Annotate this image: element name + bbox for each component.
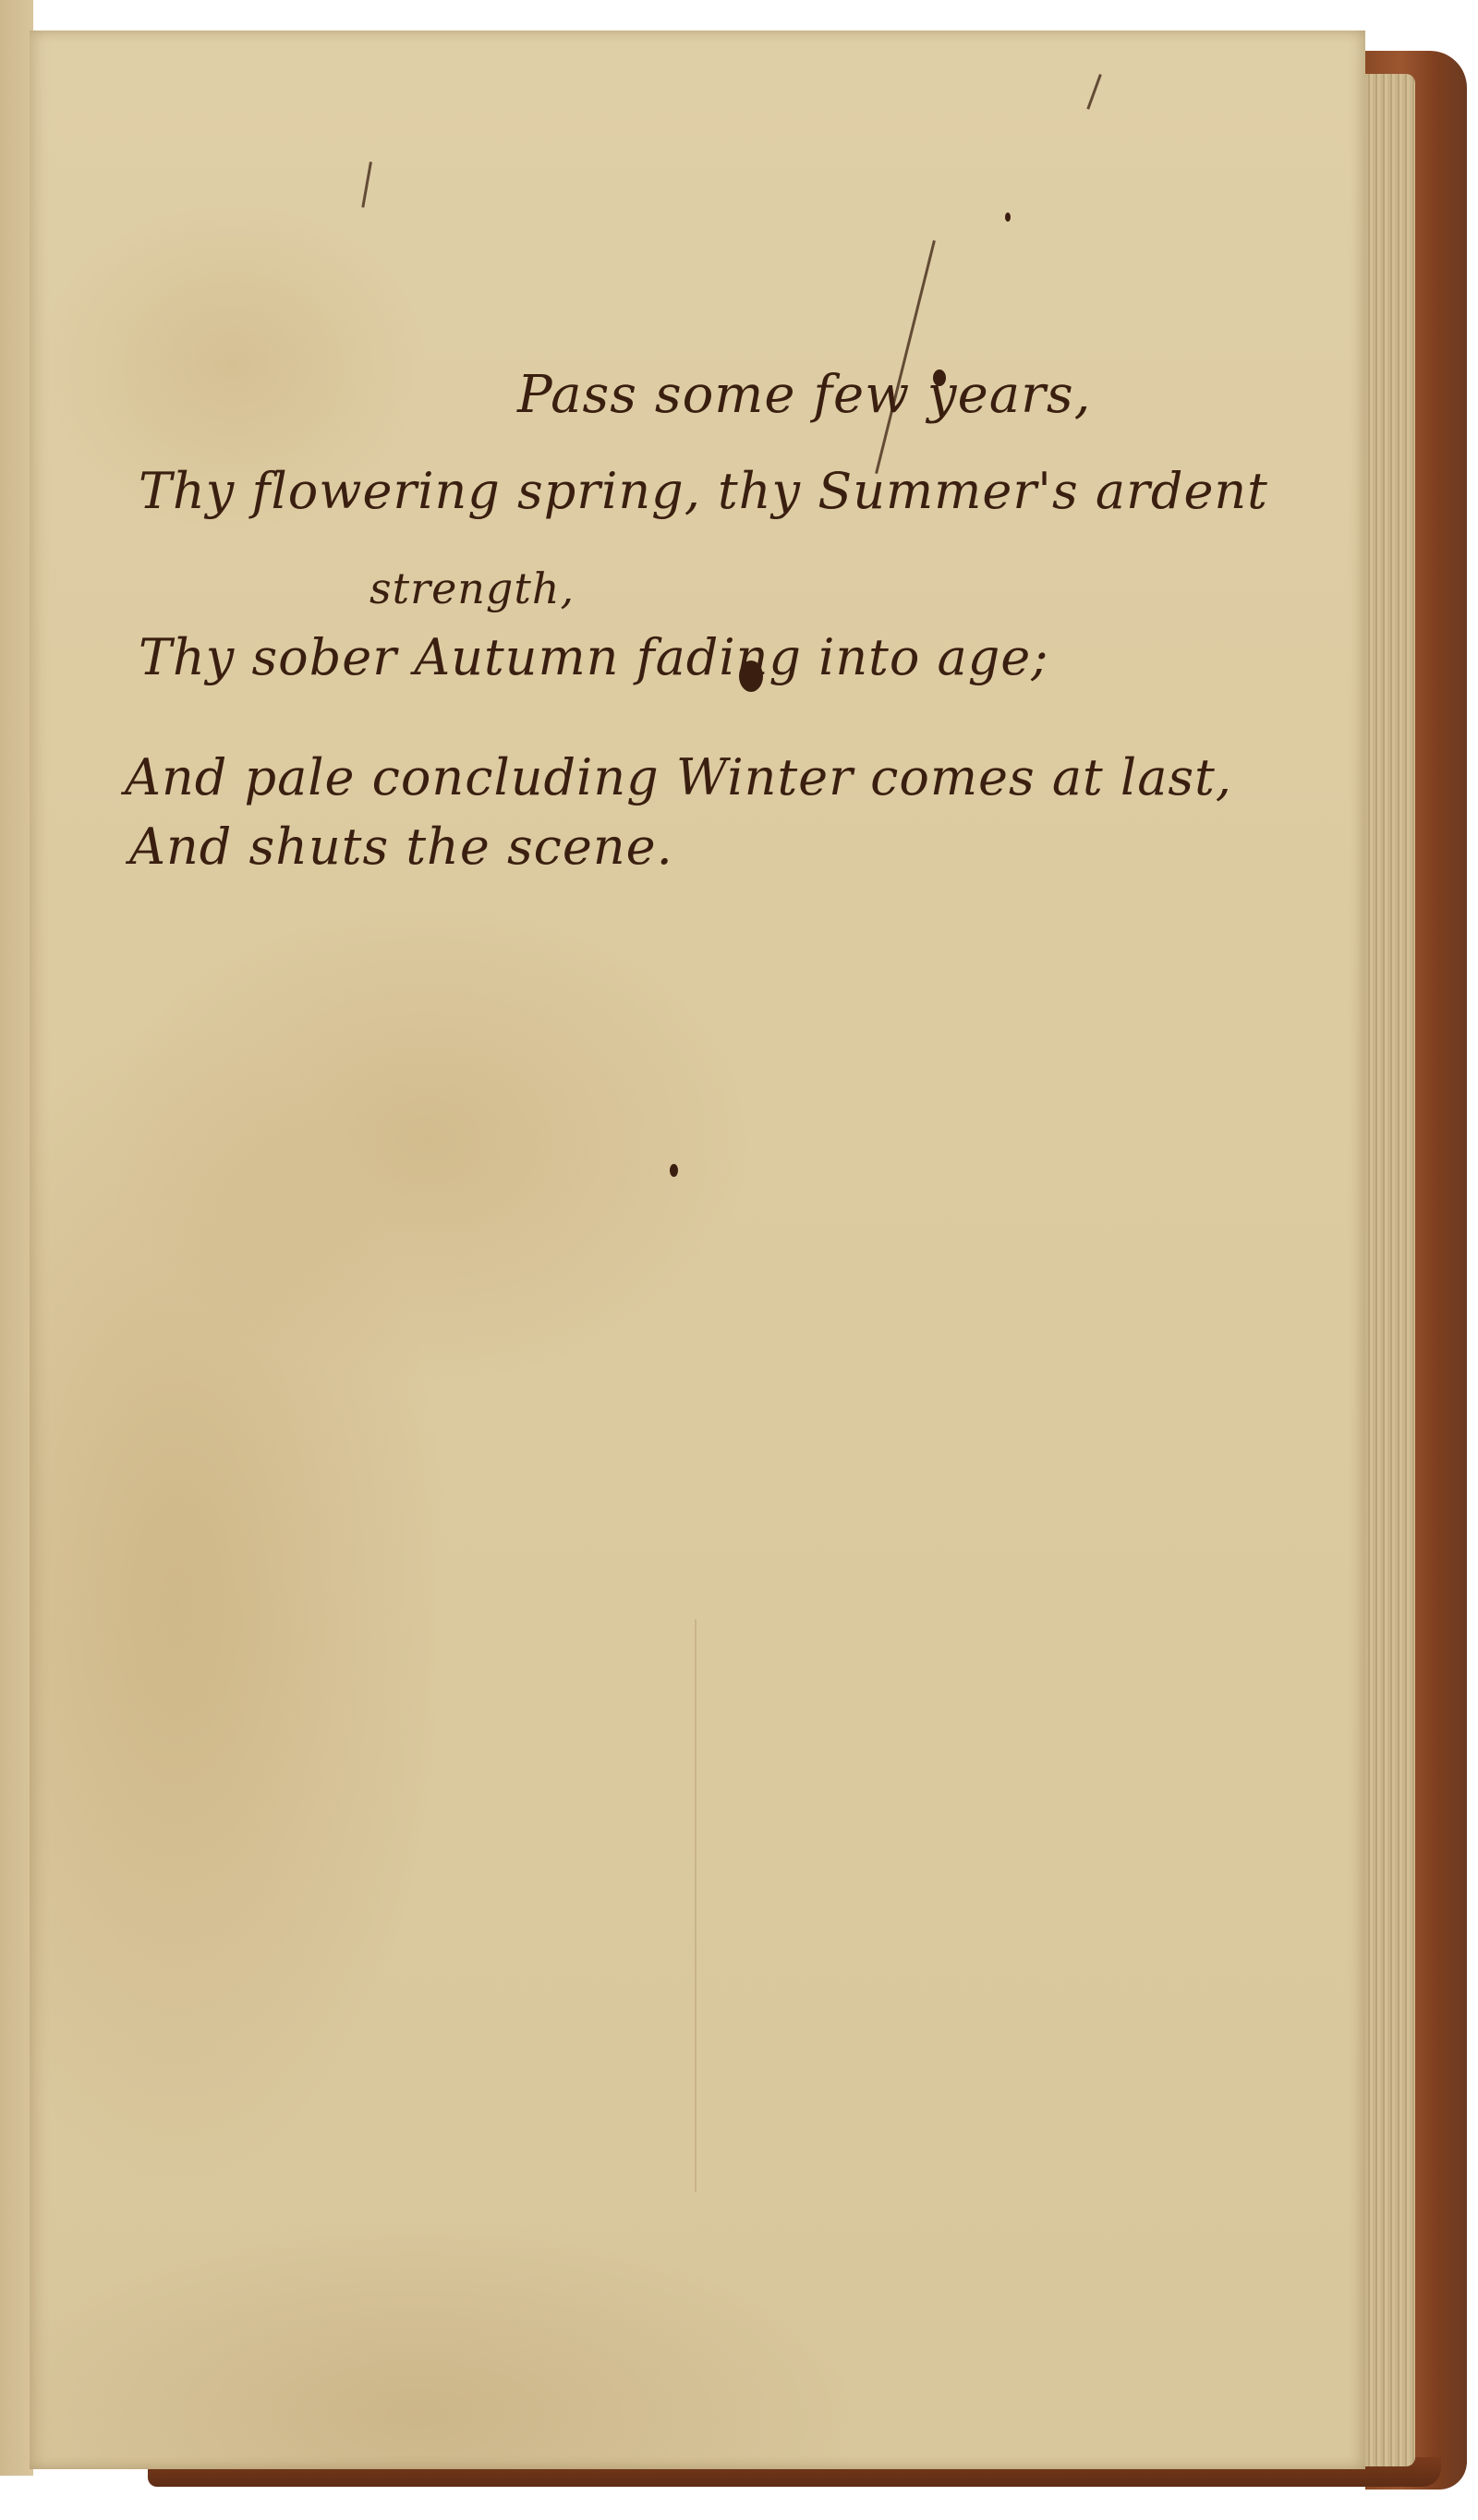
poem-line-1: Thy flowering spring, thy Summer's arden… xyxy=(139,462,1268,520)
ink-dot xyxy=(1005,212,1011,222)
poem-line-2: Thy sober Autumn fading into age; xyxy=(139,628,1048,686)
poem-heading: Pass some few years, xyxy=(517,365,1091,425)
ink-blot xyxy=(933,370,946,386)
ink-dot xyxy=(670,1164,678,1177)
ink-blot xyxy=(739,660,763,692)
page-fore-edge xyxy=(1358,74,1415,2466)
book: Pass some few years, Thy flowering sprin… xyxy=(0,0,1478,2520)
poem-line-4: And shuts the scene. xyxy=(129,818,673,876)
poem-line-3: And pale concluding Winter comes at last… xyxy=(125,748,1232,806)
facing-page-edge xyxy=(0,0,33,2476)
poem-line-1-continuation: strength, xyxy=(369,563,575,613)
page-crease xyxy=(695,1619,697,2192)
